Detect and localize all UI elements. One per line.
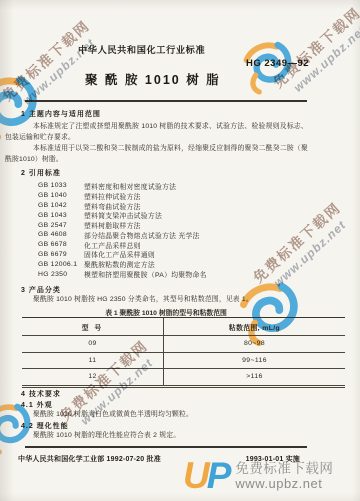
- standard-number: HG 2349—92: [246, 58, 309, 69]
- list-item: HG 2350模塑和挤塑用聚酰胺（PA）均聚物命名: [38, 269, 308, 279]
- ref-name: 固体化工产品采样通则: [84, 249, 155, 259]
- ref-code: GB 1043: [38, 212, 84, 219]
- list-item: GB 1042塑料弯曲试验方法: [38, 201, 308, 211]
- table-row: 12 >116: [22, 369, 345, 386]
- ref-name: 塑料树脂取样方法: [84, 220, 141, 230]
- header-divider: [25, 100, 307, 102]
- ref-code: GB 1042: [38, 202, 84, 209]
- logo-letter-p: P: [207, 455, 229, 496]
- brand-site-name: 免费标准下载网: [235, 461, 333, 477]
- approval-line: 中华人民共和国化学工业部 1992-07-20 批准: [18, 454, 161, 464]
- ref-code: GB 6678: [38, 241, 84, 248]
- upbz-logo-icon: UP: [183, 456, 228, 496]
- ref-name: 塑料弯曲试验方法: [84, 201, 141, 211]
- ref-code: GB 12006.1: [38, 261, 84, 268]
- table1-caption: 表 1 聚酰胺 1010 树脂的型号和粘数范围: [6, 307, 326, 317]
- cell-range: 99~116: [164, 357, 345, 364]
- section3-paragraph: 聚酰胺 1010 树脂按 HG 2350 分类命名，其型号和粘数范围，见表 1。: [5, 295, 308, 306]
- table-header-row: 型 号 粘数范围, mL/g: [22, 318, 345, 336]
- ref-code: GB 2547: [38, 222, 84, 229]
- ref-name: 部分结晶聚合物熔点试验方法 光学法: [84, 230, 200, 240]
- list-item: GB 6679固体化工产品采样通则: [38, 250, 308, 260]
- ref-code: GB 4608: [38, 231, 84, 238]
- cell-range: 80~98: [164, 340, 345, 347]
- section3-heading: 3 产品分类: [21, 285, 61, 295]
- brand-site-url: www.upbz.net: [235, 477, 333, 491]
- list-item: GB 1033塑料密度和相对密度试验方法: [38, 181, 308, 191]
- table-row: 09 80~98: [22, 336, 345, 353]
- list-item: GB 6678化工产品采样总则: [38, 240, 308, 250]
- upbz-brand-mark: UP 免费标准下载网 www.upbz.net: [183, 456, 333, 496]
- brand-text: 免费标准下载网 www.upbz.net: [235, 461, 333, 491]
- list-item: GB 12006.1聚酰胺粘数的测定方法: [38, 259, 308, 269]
- section4-1-heading: 4.1 外观: [21, 400, 53, 410]
- footer-divider: [25, 446, 307, 448]
- list-item: GB 4608部分结晶聚合物熔点试验方法 光学法: [38, 230, 308, 240]
- cell-model: 12: [22, 369, 164, 385]
- list-item: GB 2547塑料树脂取样方法: [38, 220, 308, 230]
- section1-paragraph-1: 本标准规定了注塑或挤塑用聚酰胺 1010 树脂的技术要求、试验方法、检验规则及标…: [5, 122, 308, 143]
- document-content: 中华人民共和国化工行业标准 HG 2349—92 聚 酰 胺 1010 树 脂 …: [0, 0, 360, 501]
- standard-org-line: 中华人民共和国化工行业标准: [78, 42, 205, 56]
- reference-standards-list: GB 1033塑料密度和相对密度试验方法 GB 1040塑料拉伸试验方法 GB …: [38, 181, 308, 279]
- section4-2-heading: 4.2 理化性能: [21, 421, 69, 431]
- section1-paragraph-2: 本标准适用于以癸二酸和癸二胺制成的盐为原料，经缩聚反应制得的聚癸二酰癸二胺（聚酰…: [5, 144, 308, 165]
- page-title: 聚 酰 胺 1010 树 脂: [85, 70, 221, 88]
- section1-heading: 1 主题内容与适用范围: [21, 109, 101, 119]
- ref-code: HG 2350: [38, 271, 84, 278]
- column-header-viscosity-range: 粘数范围, mL/g: [164, 322, 345, 332]
- standard-document-page: 中华人民共和国化工行业标准 HG 2349—92 聚 酰 胺 1010 树 脂 …: [0, 0, 360, 501]
- table1: 型 号 粘数范围, mL/g 09 80~98 11 99~116 12 >11…: [22, 317, 345, 388]
- ref-code: GB 1040: [38, 192, 84, 199]
- section4-heading: 4 技术要求: [21, 389, 61, 399]
- cell-model: 11: [22, 353, 164, 369]
- ref-code: GB 6679: [38, 251, 84, 258]
- section4-1-paragraph: 聚酰胺 1010 树脂为白色或微黄色半透明均匀颗粒。: [33, 410, 193, 421]
- list-item: GB 1043塑料简支梁冲击试验方法: [38, 210, 308, 220]
- ref-name: 塑料简支梁冲击试验方法: [84, 210, 162, 220]
- section2-heading: 2 引用标准: [21, 168, 61, 178]
- table-bottom-rule: [22, 387, 345, 388]
- list-item: GB 1040塑料拉伸试验方法: [38, 191, 308, 201]
- table-row: 11 99~116: [22, 353, 345, 370]
- ref-code: GB 1033: [38, 182, 84, 189]
- logo-letter-u: U: [183, 455, 207, 496]
- ref-name: 塑料密度和相对密度试验方法: [84, 181, 176, 191]
- ref-name: 化工产品采样总则: [84, 240, 141, 250]
- ref-name: 模塑和挤塑用聚酰胺（PA）均聚物命名: [84, 269, 207, 279]
- column-header-model: 型 号: [22, 318, 164, 335]
- ref-name: 塑料拉伸试验方法: [84, 191, 141, 201]
- ref-name: 聚酰胺粘数的测定方法: [84, 259, 155, 269]
- section4-2-paragraph: 聚酰胺 1010 树脂的理化性能应符合表 2 规定。: [33, 431, 180, 442]
- cell-model: 09: [22, 336, 164, 352]
- cell-range: >116: [164, 373, 345, 380]
